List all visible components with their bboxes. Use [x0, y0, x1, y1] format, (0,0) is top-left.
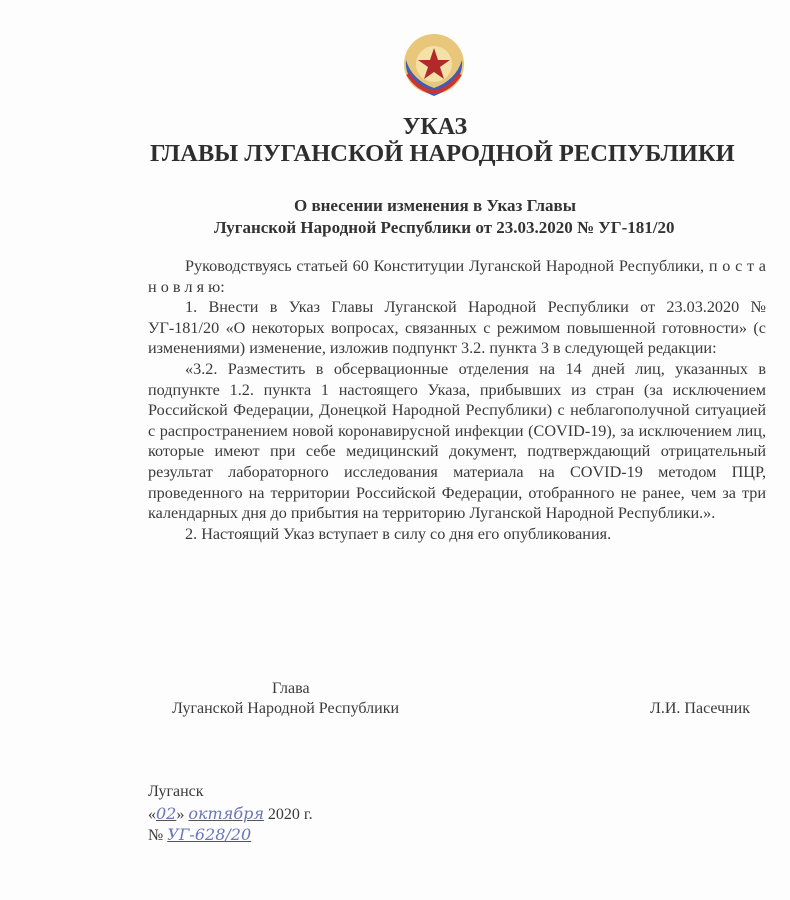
- decree-subject-line2: Луганской Народной Республики от 23.03.2…: [214, 218, 674, 238]
- lnr-coat-of-arms-icon: [398, 30, 470, 102]
- date-close-quote: »: [176, 806, 184, 823]
- issue-city: Луганск: [148, 783, 204, 801]
- issue-date: «02» октября 2020 г.: [148, 804, 313, 824]
- number-value: УГ-628/20: [167, 825, 251, 844]
- decree-subject-line1: О внесении изменения в Указ Главы: [0, 196, 790, 216]
- decree-issuer: ГЛАВЫ ЛУГАНСКОЙ НАРОДНОЙ РЕСПУБЛИКИ: [150, 140, 735, 168]
- clause-2-paragraph: 2. Настоящий Указ вступает в силу со дня…: [148, 524, 766, 545]
- decree-title: УКАЗ: [0, 114, 790, 141]
- clause-3-2-paragraph: «3.2. Разместить в обсервационные отделе…: [148, 359, 766, 524]
- decree-number: № УГ-628/20: [148, 825, 251, 845]
- signatory-org: Луганской Народной Республики: [172, 700, 399, 718]
- date-open-quote: «: [148, 806, 156, 823]
- number-label: №: [148, 827, 163, 844]
- clause-1-paragraph: 1. Внести в Указ Главы Луганской Народно…: [148, 297, 766, 359]
- date-day: 02: [156, 804, 176, 823]
- preamble-paragraph: Руководствуясь статьей 60 Конституции Лу…: [148, 256, 766, 297]
- signatory-title: Глава: [272, 680, 310, 698]
- date-year: 2020 г.: [268, 806, 313, 823]
- signatory-name: Л.И. Пасечник: [650, 700, 750, 718]
- date-month: октября: [188, 804, 264, 823]
- decree-body: Руководствуясь статьей 60 Конституции Лу…: [148, 256, 766, 544]
